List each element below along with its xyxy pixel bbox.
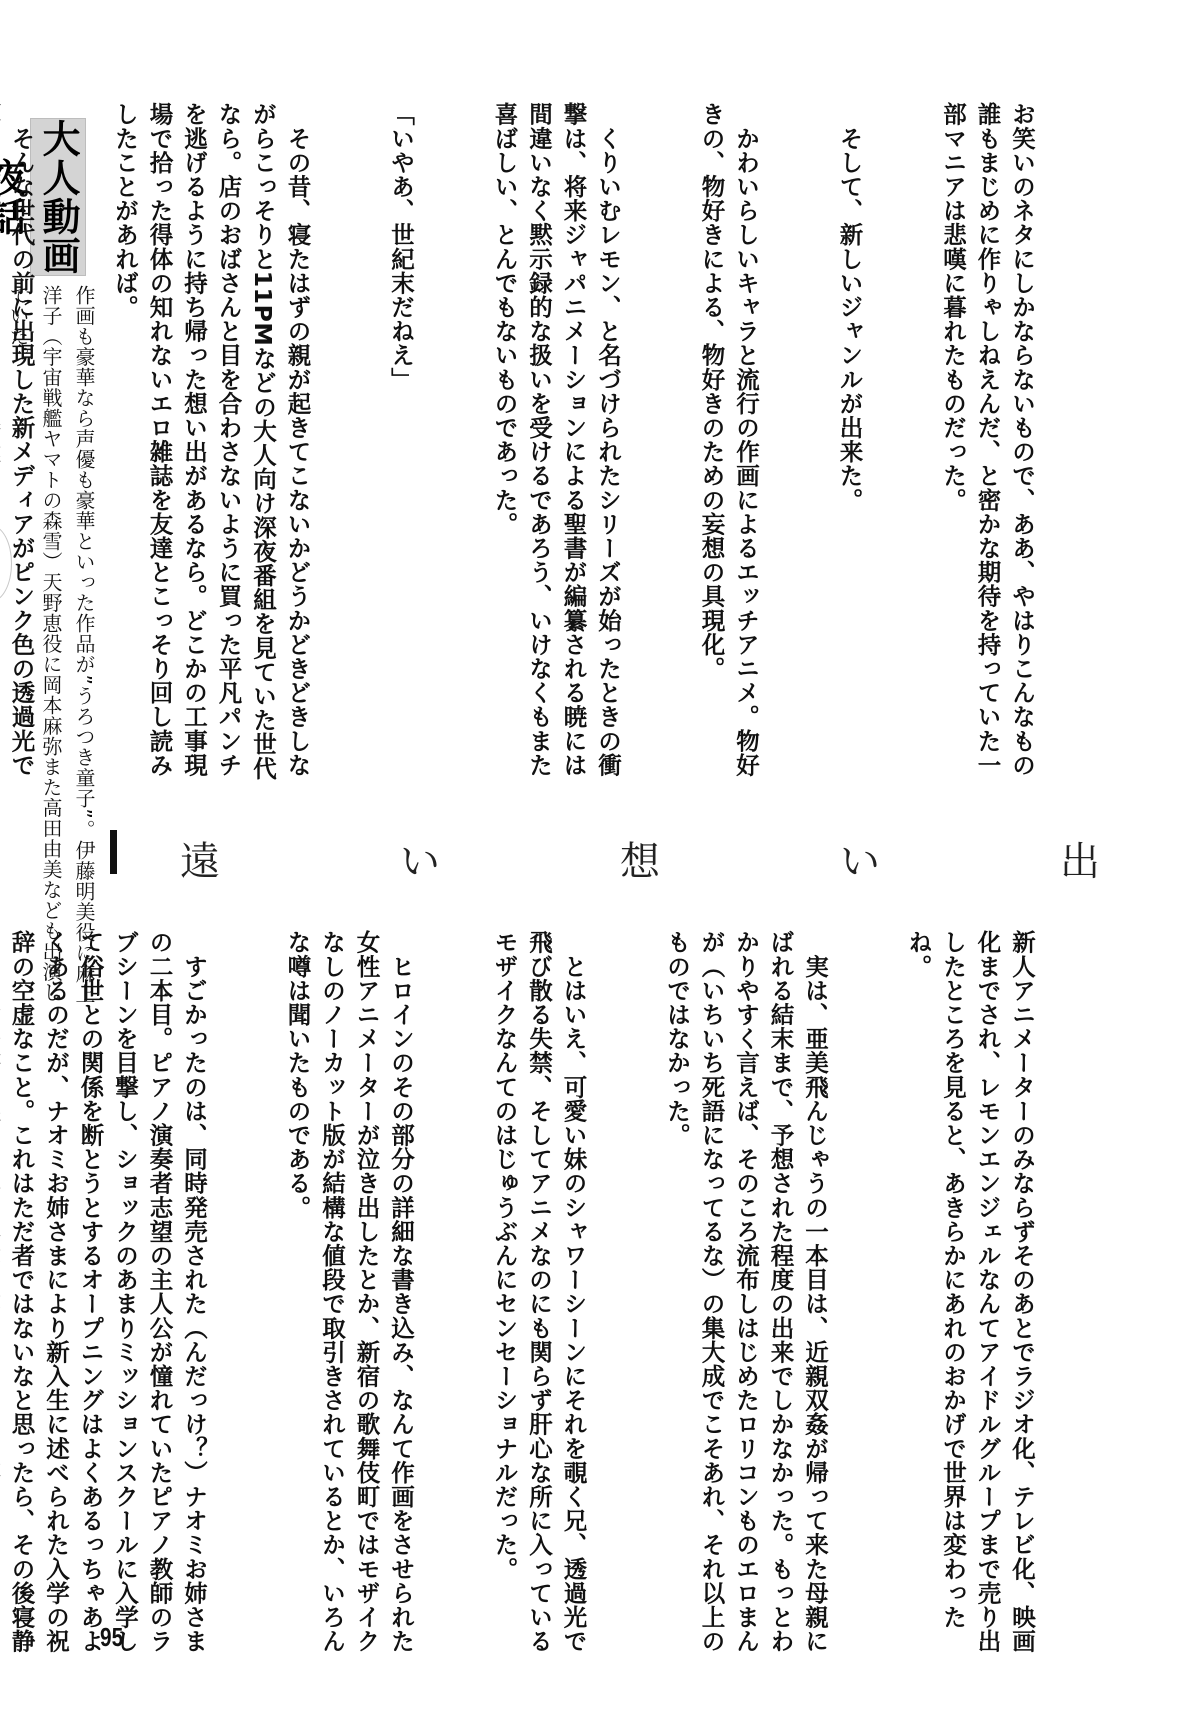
section-heading: 遠 い 想 い 出 (110, 830, 1100, 878)
heading-bar-mark (110, 830, 117, 874)
paragraph: その昔、寝たはずの親が起きてこないかどうかどきどきしながらこっそりと11PMなど… (108, 102, 315, 790)
heading-char: 遠 (180, 830, 220, 887)
paragraph: 新人アニメーターのみならずそのあとでラジオ化、テレビ化、映画化までされ、レモンエ… (901, 930, 1039, 1655)
heading-char: い (840, 830, 880, 887)
article-lower-block: 新人アニメーターのみならずそのあとでラジオ化、テレビ化、映画化までされ、レモンエ… (118, 930, 1108, 1655)
paragraph: 「いやあ、世紀末だねえ」 (384, 102, 419, 790)
heading-char: い (400, 830, 440, 887)
paragraph: そして、新しいジャンルが出来た。 (832, 102, 867, 790)
paragraph: お笑いのネタにしかならないもので、ああ、やはりこんなもの誰もまじめに作りゃしねえ… (936, 102, 1040, 790)
paragraph: ヒロインのその部分の詳細な書き込み、なんて作画をさせられた女性アニメーターが泣き… (280, 930, 418, 1655)
page-number: 95 (100, 1622, 123, 1653)
paragraph: 実は、亜美飛んじゃうの一本目は、近親双姦が帰って来た母親にばれる結末まで、予想さ… (660, 930, 833, 1655)
paragraph: そんな世代の前に出現した新メディアがピンク色の透過光で輝きを放っていたのは、あの… (0, 102, 39, 790)
paragraph: すごかったのは、同時発売された（んだっけ？）ナオミお姉さまの二本目。ピアノ演奏者… (0, 930, 211, 1655)
paragraph: とはいえ、可愛い妹のシャワーシーンにそれを覗く兄、透過光で飛び散る失禁、そしてア… (487, 930, 591, 1655)
heading-char: 出 (1060, 830, 1100, 887)
paragraph: くりいむレモン、と名づけられたシリーズが始ったときの衝撃は、将来ジャパニメーショ… (487, 102, 625, 790)
paragraph: かわいらしいキャラと流行の作画によるエッチアニメ。物好きの、物好きによる、物好き… (694, 102, 763, 790)
article-upper-block: お笑いのネタにしかならないもので、ああ、やはりこんなもの誰もまじめに作りゃしねえ… (108, 102, 1108, 790)
heading-char: 想 (620, 830, 660, 887)
